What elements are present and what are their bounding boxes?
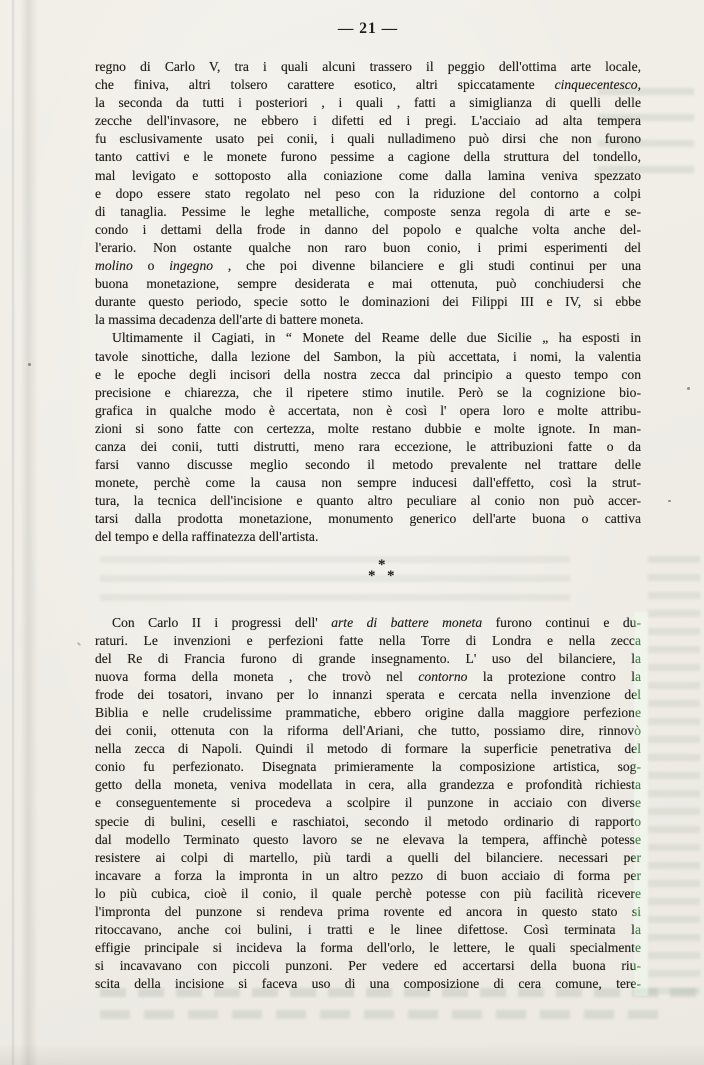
scan-speck bbox=[77, 642, 81, 646]
scan-speck bbox=[28, 363, 31, 366]
text-segment: del tempo e della raffinatezza dell'arti… bbox=[95, 529, 318, 544]
asterisk-glyph: * bbox=[378, 558, 386, 573]
text-segment: incavare a forza la impronta in un altro… bbox=[95, 868, 641, 883]
text-segment: che finiva, altri tolsero carattere esot… bbox=[95, 77, 555, 92]
bleedthrough-ghost-text bbox=[100, 1010, 660, 1019]
text-line: Con Carlo II i progressi dell' arte di b… bbox=[95, 614, 641, 632]
text-segment: condo i dettami della frode in danno del… bbox=[95, 222, 641, 237]
text-line: ritoccavano, anche coi bulini, i tratti … bbox=[95, 921, 641, 939]
text-line: zecche dell'invasore, ne ebbero i difett… bbox=[95, 112, 641, 130]
asterisk-glyph: * bbox=[387, 569, 395, 584]
text-line: e dopo essere stato regolato nel peso co… bbox=[95, 185, 641, 203]
text-line: di tanaglia. Pessime le leghe metalliche… bbox=[95, 203, 641, 221]
text-segment: buona monetazione, sempre desiderata e m… bbox=[95, 276, 641, 291]
text-segment: la massima decadenza dell'arte di batter… bbox=[95, 312, 364, 327]
text-segment: scita della incisione si faceva uso di u… bbox=[95, 976, 641, 991]
text-line: tura, la tecnica dell'incisione e quanto… bbox=[95, 492, 641, 510]
text-segment: specie di bulini, ceselli e raschiatoi, … bbox=[95, 814, 641, 829]
paragraph-1: regno di Carlo V, tra i quali alcuni tra… bbox=[95, 58, 641, 329]
text-line: si incavavano con piccoli punzoni. Per v… bbox=[95, 957, 641, 975]
text-line: lo più cubica, cioè il conio, il quale p… bbox=[95, 885, 641, 903]
scanned-book-page: — 21 — regno di Carlo V, tra i quali alc… bbox=[0, 0, 704, 1065]
text-line: conio fu perfezionato. Disegnata primier… bbox=[95, 758, 641, 776]
text-segment: durante questo periodo, specie sotto le … bbox=[95, 294, 641, 309]
text-segment: getto della moneta, veniva modellata in … bbox=[95, 777, 641, 792]
text-segment: Biblia e nelle crudelissime prammatiche,… bbox=[95, 705, 641, 720]
text-line: mal levigato e sottoposto alla coniazion… bbox=[95, 167, 641, 185]
text-segment: canza dei conii, tutti distrutti, meno r… bbox=[95, 439, 641, 454]
scan-speck bbox=[668, 500, 671, 502]
text-segment: dal modello Terminato questo lavoro se n… bbox=[95, 832, 641, 847]
text-line: regno di Carlo V, tra i quali alcuni tra… bbox=[95, 58, 641, 76]
text-line: monete, perchè come la causa non sempre … bbox=[95, 474, 641, 492]
text-segment: l'impronta del punzone si rendeva prima … bbox=[95, 904, 641, 919]
text-segment: Ultimamente il Cagiati, in “ Monete del … bbox=[112, 330, 641, 345]
text-line: tanto cattivi e le monete furono pessime… bbox=[95, 148, 641, 166]
bleedthrough-ghost-text bbox=[648, 556, 700, 994]
text-segment: nuova forma della moneta , che trovò nel bbox=[95, 669, 418, 684]
text-line: raturi. Le invenzioni e perfezioni fatte… bbox=[95, 632, 641, 650]
scan-speck bbox=[687, 387, 690, 390]
text-segment: fu esclusivamente usato pei conii, i qua… bbox=[95, 131, 641, 146]
text-segment: tavole sinottiche, dalla lezione del Sam… bbox=[95, 349, 641, 364]
text-line: durante questo periodo, specie sotto le … bbox=[95, 293, 641, 311]
text-segment: molino bbox=[95, 258, 133, 273]
page-number-header: — 21 — bbox=[95, 20, 641, 38]
text-line: dei conii, ottenuta con la riforma dell'… bbox=[95, 722, 641, 740]
paragraph-2: Ultimamente il Cagiati, in “ Monete del … bbox=[95, 329, 641, 546]
text-segment: e dopo essere stato regolato nel peso co… bbox=[95, 186, 641, 201]
text-line: frode dei tosatori, invano per lo innanz… bbox=[95, 686, 641, 704]
scan-crease-line bbox=[12, 0, 14, 1065]
text-segment: Con Carlo II i progressi dell' bbox=[112, 615, 331, 630]
text-segment: resistere ai colpi di martello, più tard… bbox=[95, 850, 641, 865]
text-line: e le epoche degli incisori della nostra … bbox=[95, 366, 641, 384]
text-line: grafica in qualche modo è accertata, non… bbox=[95, 402, 641, 420]
text-line: l'erario. Non ostante qualche non raro b… bbox=[95, 239, 641, 257]
asterism-separator: * * * bbox=[366, 558, 400, 588]
text-segment: arte di battere moneta bbox=[331, 615, 482, 630]
text-line: Biblia e nelle crudelissime prammatiche,… bbox=[95, 704, 641, 722]
text-segment: la protezione contro la bbox=[467, 669, 641, 684]
text-line: fu esclusivamente usato pei conii, i qua… bbox=[95, 130, 641, 148]
text-line: precisione e chiarezza, che il ripetere … bbox=[95, 384, 641, 402]
page-gutter-shadow bbox=[20, 0, 38, 1065]
text-line: l'impronta del punzone si rendeva prima … bbox=[95, 903, 641, 921]
text-line: la seconda da tutti i posteriori , i qua… bbox=[95, 94, 641, 112]
text-line: condo i dettami della frode in danno del… bbox=[95, 221, 641, 239]
text-line: Ultimamente il Cagiati, in “ Monete del … bbox=[95, 329, 641, 347]
paragraph-3: Con Carlo II i progressi dell' arte di b… bbox=[95, 614, 641, 994]
text-segment: conio fu perfezionato. Disegnata primier… bbox=[95, 759, 641, 774]
text-segment: contorno bbox=[418, 669, 467, 684]
text-segment: lo più cubica, cioè il conio, il quale p… bbox=[95, 886, 641, 901]
text-line: nella zecca di Napoli. Quindi il metodo … bbox=[95, 740, 641, 758]
text-segment: tura, la tecnica dell'incisione e quanto… bbox=[95, 493, 641, 508]
text-line: tarsi dalla prodotta monetazione, monume… bbox=[95, 510, 641, 528]
text-line: specie di bulini, ceselli e raschiatoi, … bbox=[95, 813, 641, 831]
text-segment: tarsi dalla prodotta monetazione, monume… bbox=[95, 511, 641, 526]
text-segment: farsi vanno discusse meglio secondo il m… bbox=[95, 457, 641, 472]
text-line: resistere ai colpi di martello, più tard… bbox=[95, 849, 641, 867]
text-segment: ritoccavano, anche coi bulini, i tratti … bbox=[95, 922, 641, 937]
text-line: buona monetazione, sempre desiderata e m… bbox=[95, 275, 641, 293]
text-segment: ingegno bbox=[169, 258, 213, 273]
asterisk-glyph: * bbox=[368, 569, 376, 584]
text-segment: furono continui e du- bbox=[482, 615, 641, 630]
text-segment: frode dei tosatori, invano per lo innanz… bbox=[95, 687, 641, 702]
text-segment: zecche dell'invasore, ne ebbero i difett… bbox=[95, 113, 641, 128]
text-line: e conseguentemente si procedeva a scolpi… bbox=[95, 794, 641, 812]
text-line: canza dei conii, tutti distrutti, meno r… bbox=[95, 438, 641, 456]
text-segment: cinquecentesco, bbox=[555, 77, 641, 92]
text-line: molino o ingegno , che poi divenne bilan… bbox=[95, 257, 641, 275]
text-segment: , che poi divenne bilanciere e gli studi… bbox=[213, 258, 641, 273]
text-line: effigie principale si incideva la forma … bbox=[95, 939, 641, 957]
text-segment: l'erario. Non ostante qualche non raro b… bbox=[95, 240, 641, 255]
text-segment: o bbox=[133, 258, 170, 273]
scan-edge-shade bbox=[0, 1043, 704, 1065]
text-line: incavare a forza la impronta in un altro… bbox=[95, 867, 641, 885]
text-line: farsi vanno discusse meglio secondo il m… bbox=[95, 456, 641, 474]
body-text-block: regno di Carlo V, tra i quali alcuni tra… bbox=[95, 58, 641, 994]
text-line: che finiva, altri tolsero carattere esot… bbox=[95, 76, 641, 94]
text-segment: zioni si sono fatte con certezza, molte … bbox=[95, 421, 641, 436]
text-segment: del Re di Francia furono di grande inseg… bbox=[95, 651, 641, 666]
text-segment: la seconda da tutti i posteriori , i qua… bbox=[95, 95, 641, 110]
text-segment: effigie principale si incideva la forma … bbox=[95, 940, 641, 955]
text-line: del tempo e della raffinatezza dell'arti… bbox=[95, 528, 641, 546]
text-line: tavole sinottiche, dalla lezione del Sam… bbox=[95, 348, 641, 366]
text-segment: di tanaglia. Pessime le leghe metalliche… bbox=[95, 204, 641, 219]
text-segment: precisione e chiarezza, che il ripetere … bbox=[95, 385, 641, 400]
text-segment: e conseguentemente si procedeva a scolpi… bbox=[95, 795, 641, 810]
text-segment: dei conii, ottenuta con la riforma dell'… bbox=[95, 723, 641, 738]
text-segment: regno di Carlo V, tra i quali alcuni tra… bbox=[95, 59, 641, 74]
text-line: getto della moneta, veniva modellata in … bbox=[95, 776, 641, 794]
text-segment: e le epoche degli incisori della nostra … bbox=[95, 367, 641, 382]
text-line: nuova forma della moneta , che trovò nel… bbox=[95, 668, 641, 686]
text-segment: si incavavano con piccoli punzoni. Per v… bbox=[95, 958, 641, 973]
text-line: la massima decadenza dell'arte di batter… bbox=[95, 311, 641, 329]
text-line: zioni si sono fatte con certezza, molte … bbox=[95, 420, 641, 438]
text-segment: monete, perchè come la causa non sempre … bbox=[95, 475, 641, 490]
text-segment: nella zecca di Napoli. Quindi il metodo … bbox=[95, 741, 641, 756]
text-segment: grafica in qualche modo è accertata, non… bbox=[95, 403, 641, 418]
text-segment: mal levigato e sottoposto alla coniazion… bbox=[95, 168, 641, 183]
text-line: dal modello Terminato questo lavoro se n… bbox=[95, 831, 641, 849]
text-line: scita della incisione si faceva uso di u… bbox=[95, 975, 641, 993]
text-segment: tanto cattivi e le monete furono pessime… bbox=[95, 149, 641, 164]
text-line: del Re di Francia furono di grande inseg… bbox=[95, 650, 641, 668]
text-segment: raturi. Le invenzioni e perfezioni fatte… bbox=[95, 633, 641, 648]
